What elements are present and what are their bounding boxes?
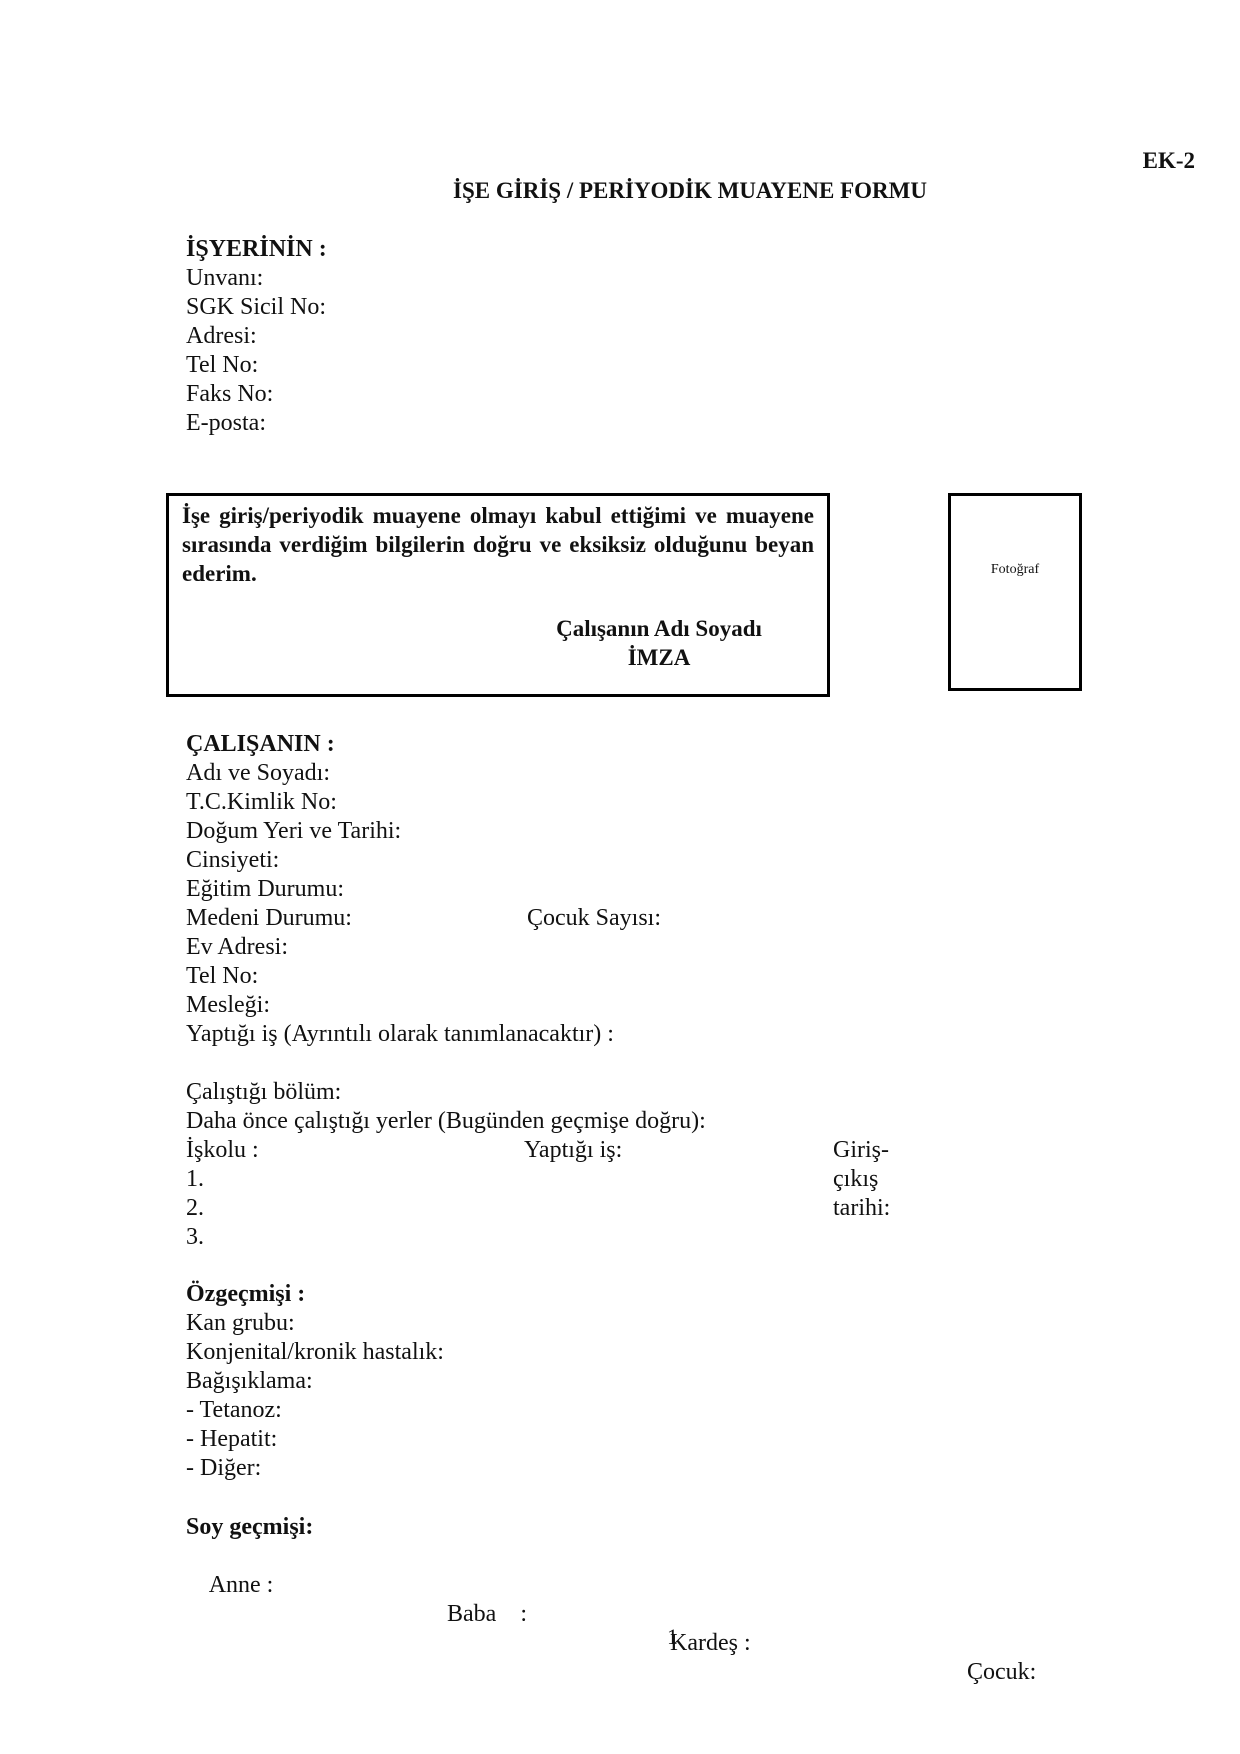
family-history-row: Anne : Baba : Kardeş : Çocuk:	[186, 1542, 313, 1716]
declaration-box: İşe giriş/periyodik muayene olmayı kabul…	[166, 493, 830, 697]
field-meslek[interactable]: Mesleği:	[186, 991, 706, 1020]
field-anne[interactable]: Anne :	[209, 1572, 274, 1598]
field-bagisiklama: Bağışıklama:	[186, 1367, 444, 1396]
employee-section: ÇALIŞANIN : Adı ve Soyadı: T.C.Kimlik No…	[186, 730, 706, 1252]
declaration-text: İşe giriş/periyodik muayene olmayı kabul…	[182, 501, 814, 588]
field-baba[interactable]: Baba :	[447, 1600, 527, 1629]
field-tc-kimlik[interactable]: T.C.Kimlik No:	[186, 788, 706, 817]
col-giris-cikis: Giriş-çıkış tarihi:	[833, 1136, 890, 1223]
field-diger[interactable]: - Diğer:	[186, 1454, 444, 1483]
field-tel[interactable]: Tel No:	[186, 351, 327, 380]
previous-jobs-header: İşkolu : Yaptığı iş: Giriş-çıkış tarihi:	[186, 1136, 706, 1165]
signature-name-label: Çalışanın Adı Soyadı	[529, 614, 789, 643]
workplace-section: İŞYERİNİN : Unvanı: SGK Sicil No: Adresi…	[186, 235, 327, 438]
employee-heading: ÇALIŞANIN :	[186, 730, 706, 759]
field-kardes[interactable]: Kardeş :	[670, 1629, 751, 1658]
field-egitim[interactable]: Eğitim Durumu:	[186, 875, 706, 904]
field-cinsiyet[interactable]: Cinsiyeti:	[186, 846, 706, 875]
field-faks[interactable]: Faks No:	[186, 380, 327, 409]
field-tel-no[interactable]: Tel No:	[186, 962, 706, 991]
field-kronik-hastalik[interactable]: Konjenital/kronik hastalık:	[186, 1338, 444, 1367]
photo-label: Fotoğraf	[951, 562, 1079, 578]
family-history-heading: Soy geçmişi:	[186, 1513, 313, 1542]
family-history-section: Soy geçmişi: Anne : Baba : Kardeş : Çocu…	[186, 1513, 313, 1716]
field-ad-soyad[interactable]: Adı ve Soyadı:	[186, 759, 706, 788]
field-dogum[interactable]: Doğum Yeri ve Tarihi:	[186, 817, 706, 846]
photo-box[interactable]: Fotoğraf	[948, 493, 1082, 691]
previous-job-row-2[interactable]: 2.	[186, 1194, 706, 1223]
field-unvan[interactable]: Unvanı:	[186, 264, 327, 293]
previous-job-row-3[interactable]: 3.	[186, 1223, 706, 1252]
previous-jobs-label: Daha önce çalıştığı yerler (Bugünden geç…	[186, 1107, 706, 1136]
field-tetanoz[interactable]: - Tetanoz:	[186, 1396, 444, 1425]
field-medeni[interactable]: Medeni Durumu: Çocuk Sayısı:	[186, 904, 706, 933]
field-kan-grubu[interactable]: Kan grubu:	[186, 1309, 444, 1338]
field-cocuk-sayisi[interactable]: Çocuk Sayısı:	[527, 904, 661, 933]
signature-area[interactable]: Çalışanın Adı Soyadı İMZA	[529, 614, 789, 672]
field-sgk-sicil[interactable]: SGK Sicil No:	[186, 293, 327, 322]
field-ev-adresi[interactable]: Ev Adresi:	[186, 933, 706, 962]
annex-label: EK-2	[1143, 148, 1195, 174]
page-number: 1	[667, 1624, 678, 1650]
field-eposta[interactable]: E-posta:	[186, 409, 327, 438]
col-iskolu: İşkolu :	[186, 1137, 259, 1163]
history-heading: Özgeçmişi :	[186, 1280, 444, 1309]
field-hepatit[interactable]: - Hepatit:	[186, 1425, 444, 1454]
field-yaptigi-is[interactable]: Yaptığı iş (Ayrıntılı olarak tanımlanaca…	[186, 1020, 706, 1049]
field-adres[interactable]: Adresi:	[186, 322, 327, 351]
signature-label: İMZA	[529, 643, 789, 672]
workplace-heading: İŞYERİNİN :	[186, 235, 327, 264]
medeni-label: Medeni Durumu:	[186, 905, 352, 931]
field-cocuk[interactable]: Çocuk:	[967, 1658, 1036, 1687]
previous-job-row-1[interactable]: 1.	[186, 1165, 706, 1194]
form-title: İŞE GİRİŞ / PERİYODİK MUAYENE FORMU	[0, 178, 1240, 204]
col-yaptigi-is: Yaptığı iş:	[524, 1136, 622, 1165]
field-calistigi-bolum[interactable]: Çalıştığı bölüm:	[186, 1078, 706, 1107]
history-section: Özgeçmişi : Kan grubu: Konjenital/kronik…	[186, 1280, 444, 1483]
